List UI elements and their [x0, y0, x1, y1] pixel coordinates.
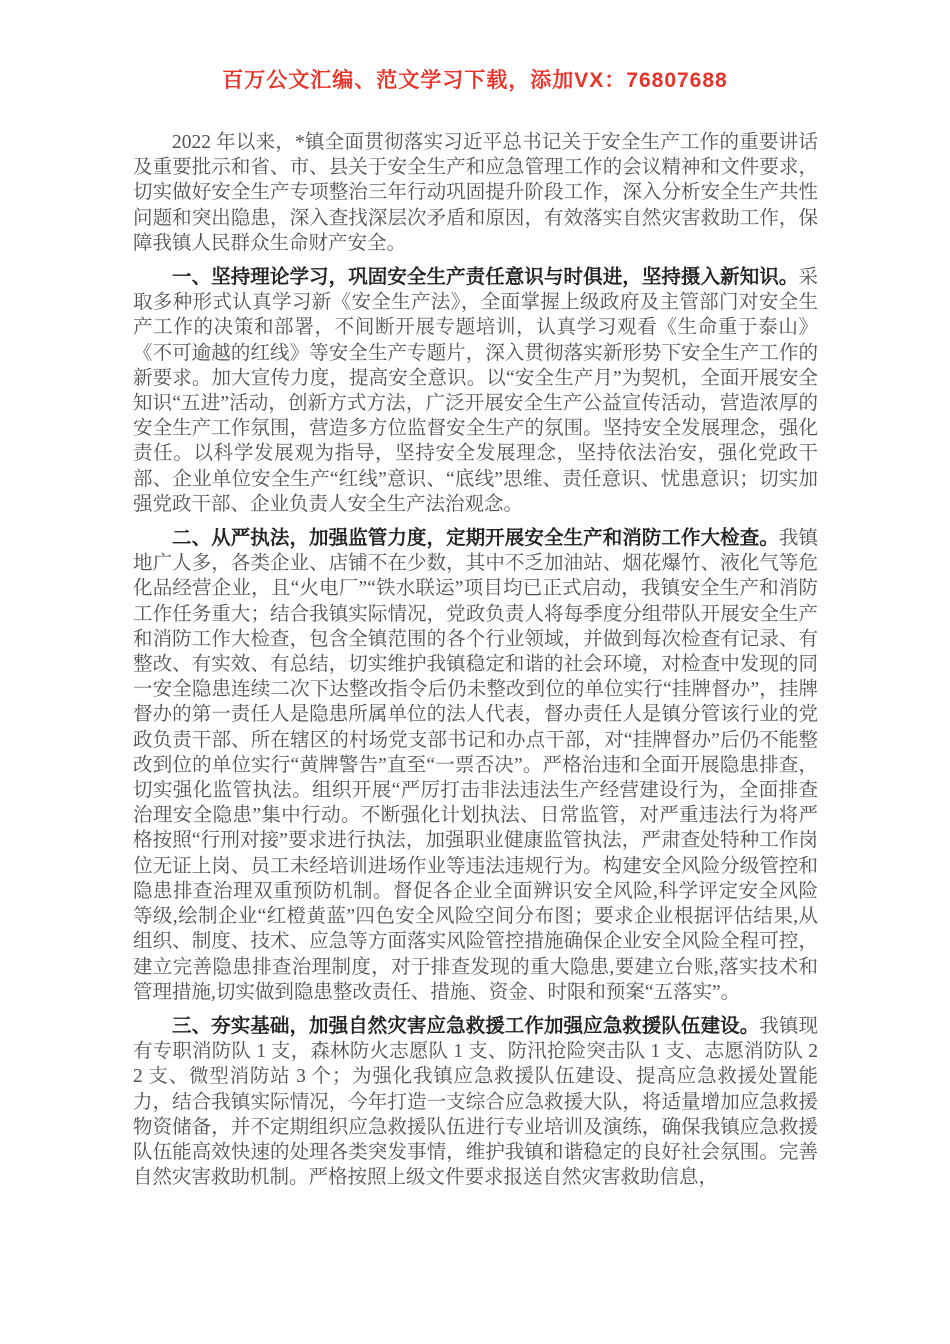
section-2-body-text: 我镇地广人多，各类企业、店铺不在少数，其中不乏加油站、烟花爆竹、液化气等危化品经… [133, 528, 818, 1003]
section-2-heading: 二、从严执法，加强监管力度，定期开展安全生产和消防工作大检查。 [172, 528, 779, 549]
document-page: 百万公文汇编、范文学习下载，添加VX：76807688 2022 年以来，*镇全… [0, 0, 950, 1344]
section-3-paragraph: 三、夯实基础，加强自然灾害应急救援工作加强应急救援队伍建设。我镇现有专职消防队 … [133, 1014, 818, 1190]
intro-text: 2022 年以来，*镇全面贯彻落实习近平总书记关于安全生产工作的重要讲话及重要批… [133, 132, 818, 254]
section-3-body-text: 我镇现有专职消防队 1 支，森林防火志愿队 1 支、防汛抢险突击队 1 支、志愿… [133, 1016, 818, 1188]
intro-paragraph: 2022 年以来，*镇全面贯彻落实习近平总书记关于安全生产工作的重要讲话及重要批… [133, 130, 818, 256]
watermark-text: 百万公文汇编、范文学习下载，添加VX：76807688 [222, 69, 727, 92]
watermark-banner: 百万公文汇编、范文学习下载，添加VX：76807688 [0, 0, 950, 94]
section-1-heading: 一、坚持理论学习，巩固安全生产责任意识与时俱进，坚持摄入新知识。 [172, 267, 798, 288]
section-1-paragraph: 一、坚持理论学习，巩固安全生产责任意识与时俱进，坚持摄入新知识。采取多种形式认真… [133, 265, 818, 517]
section-1-body-text: 采取多种形式认真学习新《安全生产法》，全面掌握上级政府及主管部门对安全生产工作的… [133, 267, 818, 515]
section-3-heading: 三、夯实基础，加强自然灾害应急救援工作加强应急救援队伍建设。 [172, 1016, 759, 1037]
section-2-paragraph: 二、从严执法，加强监管力度，定期开展安全生产和消防工作大检查。我镇地广人多，各类… [133, 526, 818, 1005]
document-body: 2022 年以来，*镇全面贯彻落实习近平总书记关于安全生产工作的重要讲话及重要批… [133, 130, 818, 1190]
